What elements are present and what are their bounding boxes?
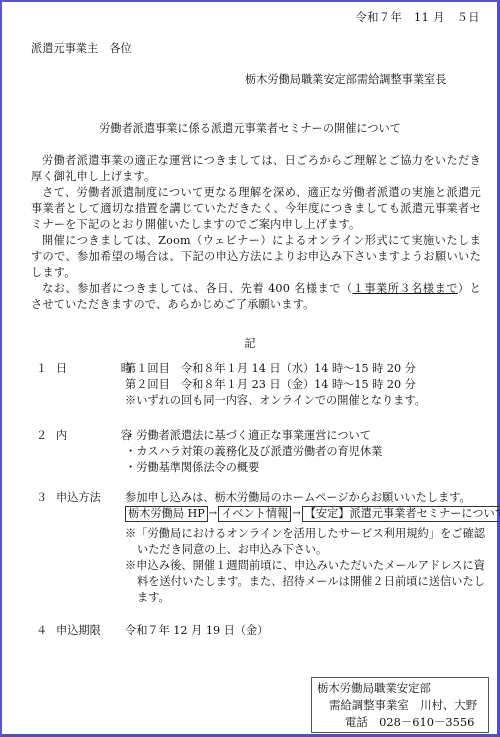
nav-step-hp[interactable]: 栃木労働局 HP [125, 506, 208, 522]
label-char: 日 [56, 361, 67, 377]
application-text: 参加申し込みは、栃木労働局のホームページからお願いいたします。 [125, 490, 500, 506]
item-number: ２ [36, 428, 50, 444]
session-1: 第１回目 令和８年１月 14 日（水）14 時～15 時 20 分 [125, 361, 426, 377]
deadline-date: 令和７年 12 月 19 日（金） [125, 623, 268, 639]
arrow-right-icon: → [291, 506, 301, 522]
nav-step-events[interactable]: イベント情報 [218, 506, 291, 522]
item-content: 令和７年 12 月 19 日（金） [125, 623, 268, 639]
ki-heading: 記 [0, 336, 500, 352]
session-2: 第２回目 令和８年１月 23 日（金）14 時～15 時 20 分 [125, 377, 426, 393]
paragraph-2: さて、労働者派遣制度について更なる理解を深め、適正な労働者派遣の実施と派遣元事業… [31, 185, 481, 233]
paragraph-1: 労働者派遣事業の適正な運営につきましては、日ごろからご理解とご協力をいただき厚く… [31, 153, 481, 185]
item-number: １ [36, 361, 50, 377]
topic-2: ・カスハラ対策の義務化及び派遣労働者の育児休業 [125, 444, 382, 460]
topic-1: ・労働者派遣法に基づく適正な事業運営について [125, 428, 382, 444]
paragraph-4-before: なお、参加者につきましては、各日、先着 400 名様まで（ [42, 282, 353, 295]
item-number: ３ [36, 490, 50, 506]
addressee: 派遣元事業主 各位 [31, 41, 132, 57]
paragraph-4: なお、参加者につきましては、各日、先着 400 名様まで（１事業所３名様まで）と… [31, 281, 481, 313]
nav-step-seminar[interactable]: 【安定】派遣元事業者セミナーについて [302, 506, 500, 522]
body-text: 労働者派遣事業の適正な運営につきましては、日ごろからご理解とご協力をいただき厚く… [31, 153, 481, 313]
item-label: 内 容 [56, 428, 132, 444]
contact-phone: 電話 028－610－3556 [317, 714, 483, 731]
contact-office: 需給調整事業室 川村、大野 [317, 697, 483, 714]
item-content: ・労働者派遣法に基づく適正な事業運営について ・カスハラ対策の義務化及び派遣労働… [125, 428, 382, 476]
document-title: 労働者派遣事業に係る派遣元事業者セミナーの開催について [0, 121, 500, 137]
note-materials: ※申込み後、開催１週間前頃に、申込みいただいたメールアドレスに資料を送付いたしま… [125, 558, 485, 606]
application-notes: ※「労働局におけるオンラインを活用したサービス利用規約」をご確認いただき同意の上… [125, 526, 485, 606]
label-char: 内 [56, 428, 67, 444]
note-terms: ※「労働局におけるオンラインを活用したサービス利用規約」をご確認いただき同意の上… [125, 526, 485, 558]
paragraph-3: 開催につきましては、Zoom（ウェビナー）によるオンライン形式にて実施いたします… [31, 233, 481, 281]
document-date: 令和７年 11 月 ５日 [356, 10, 480, 26]
navigation-path: 栃木労働局 HP → イベント情報 → 【安定】派遣元事業者セミナーについて [125, 506, 500, 522]
arrow-right-icon: → [208, 506, 218, 522]
paragraph-4-underlined: １事業所３名様まで [353, 282, 458, 295]
item-content: 第１回目 令和８年１月 14 日（水）14 時～15 時 20 分 第２回目 令… [125, 361, 426, 409]
contact-department: 栃木労働局職業安定部 [317, 680, 483, 697]
sender: 栃木労働局職業安定部需給調整事業室長 [245, 72, 446, 88]
contact-box: 栃木労働局職業安定部 需給調整事業室 川村、大野 電話 028－610－3556 [311, 677, 489, 733]
topic-3: ・労働基準関係法令の概要 [125, 460, 382, 476]
item-label: 日 時 [56, 361, 132, 377]
item-number: ４ [36, 623, 50, 639]
item-content: 参加申し込みは、栃木労働局のホームページからお願いいたします。 栃木労働局 HP… [125, 490, 500, 522]
session-note: ※いずれの回も同一内容、オンラインでの開催となります。 [125, 393, 426, 409]
